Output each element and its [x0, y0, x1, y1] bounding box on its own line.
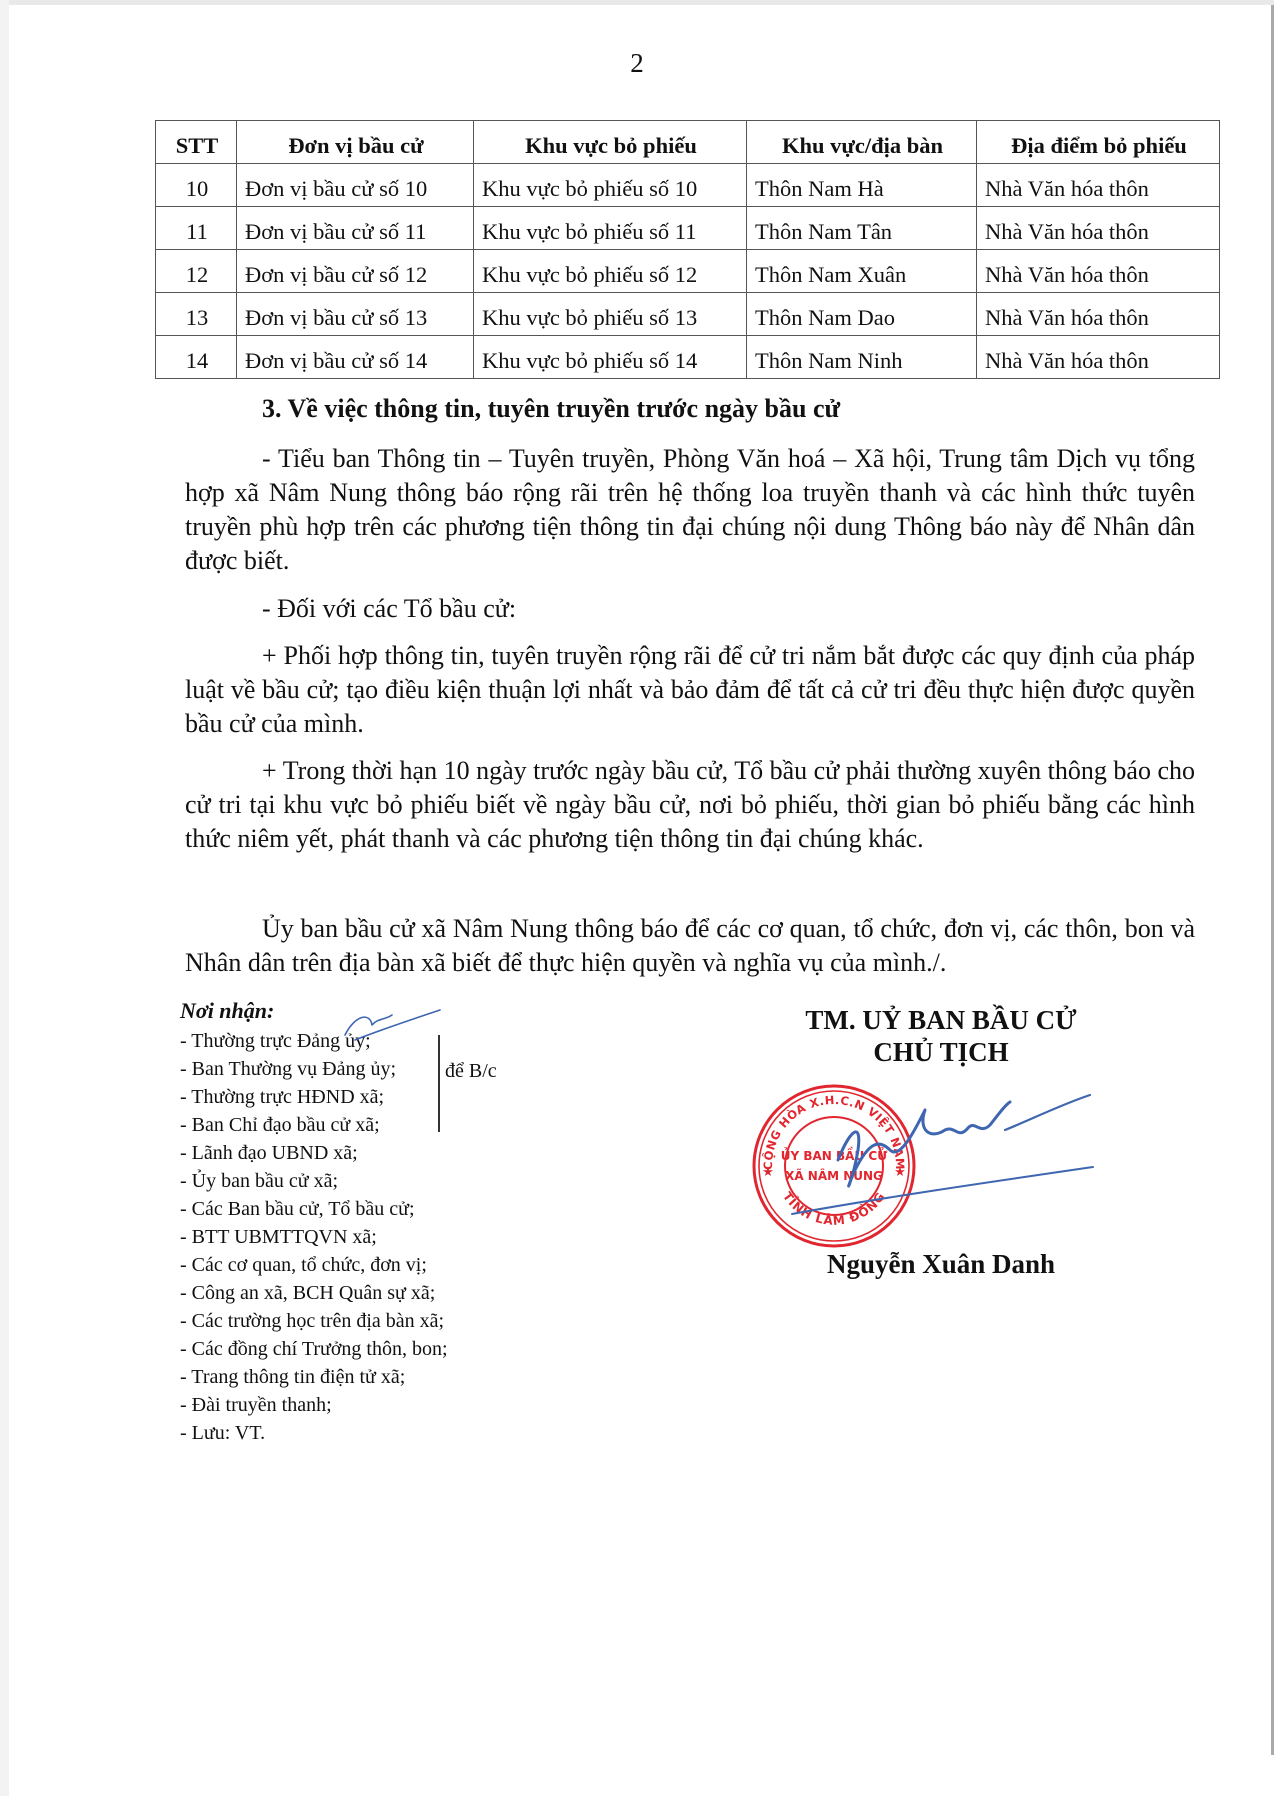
stamp-star-left-icon: ★: [762, 1164, 774, 1179]
stamp-and-signature-layer: CỘNG HÒA X.H.C.N VIỆT NAM TỈNH LÂM ĐỒNG …: [0, 0, 1274, 1796]
official-stamp: CỘNG HÒA X.H.C.N VIỆT NAM TỈNH LÂM ĐỒNG …: [754, 1086, 914, 1246]
stamp-star-right-icon: ★: [894, 1164, 906, 1179]
handwritten-signature: [345, 1010, 1093, 1214]
svg-text:TỈNH LÂM ĐỒNG: TỈNH LÂM ĐỒNG: [780, 1189, 888, 1228]
stamp-outer-bottom-text: TỈNH LÂM ĐỒNG: [780, 1189, 888, 1228]
stamp-inner-line2: XÃ NÂM NUNG: [785, 1168, 883, 1183]
